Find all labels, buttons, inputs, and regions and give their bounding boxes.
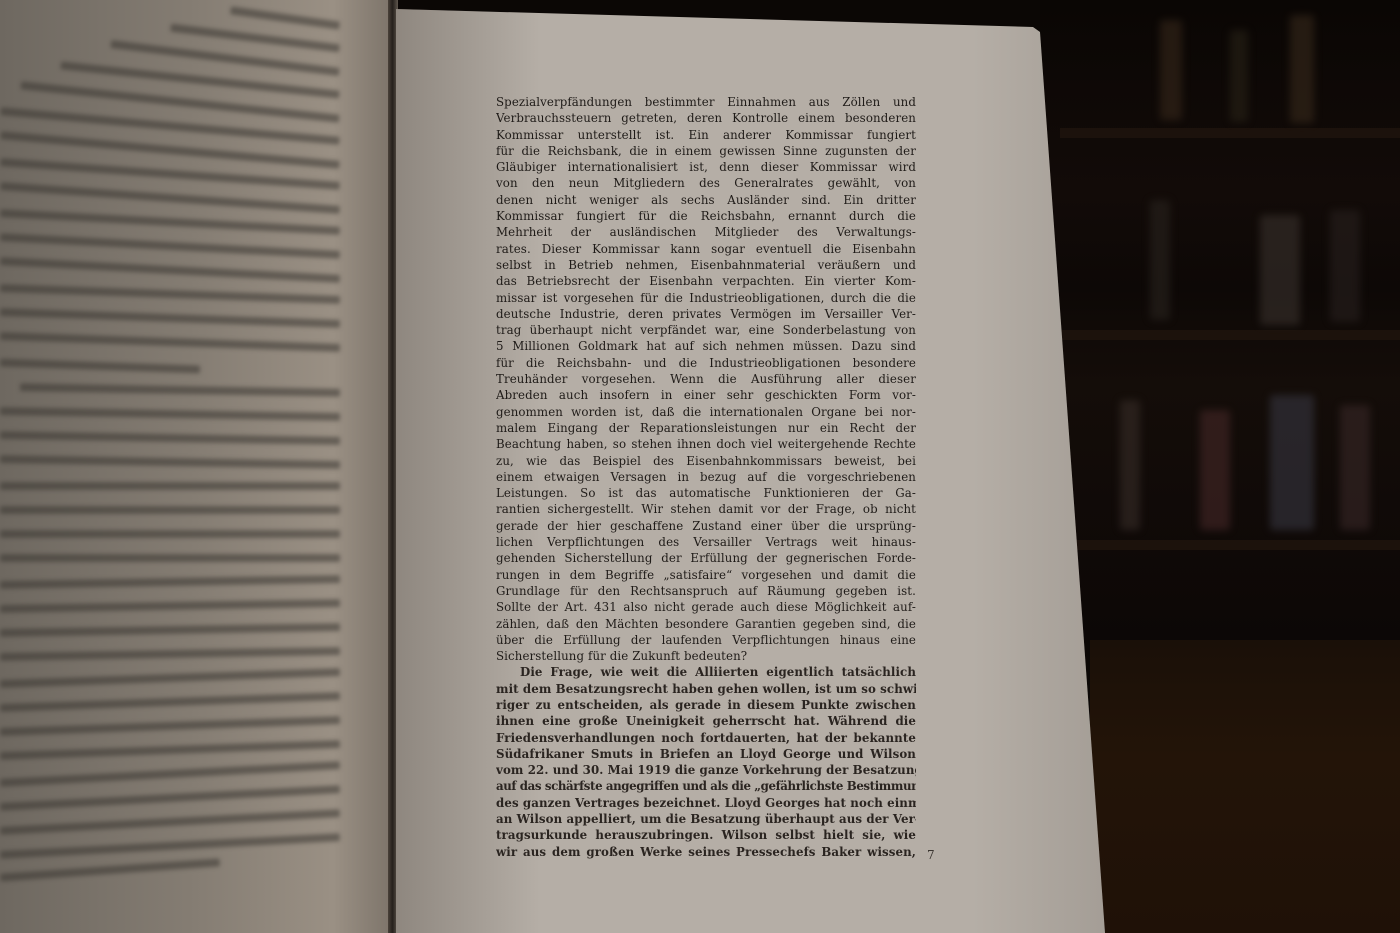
book-spine	[1200, 410, 1230, 530]
text-line: zählen, daß den Mächten besondere Garant…	[496, 616, 916, 632]
text-line: Mehrheit der ausländischen Mitglieder de…	[496, 224, 916, 240]
text-line: Gläubiger internationalisiert ist, denn …	[496, 159, 916, 175]
text-line: Kommissar fungiert für die Reichsbahn, e…	[496, 208, 916, 224]
book-spine	[1330, 210, 1360, 322]
text-line: zu, wie das Beispiel des Eisenbahnkommis…	[496, 453, 916, 469]
text-line: deutsche Industrie, deren privates Vermö…	[496, 306, 916, 322]
text-line: rates. Dieser Kommissar kann sogar event…	[496, 241, 916, 257]
page-body-text: Spezialverpfändungen bestimmter Einnahme…	[496, 94, 916, 860]
text-line: tragsurkunde herauszubringen. Wilson sel…	[496, 827, 916, 843]
text-line: riger zu entscheiden, als gerade in dies…	[496, 697, 916, 713]
text-line: ihnen eine große Uneinigkeit geherrscht …	[496, 713, 916, 729]
text-line: gehenden Sicherstellung der Erfüllung de…	[496, 550, 916, 566]
text-line: für die Reichsbank, die in einem gewisse…	[496, 143, 916, 159]
book-spine	[1160, 20, 1182, 120]
text-line: Leistungen. So ist das automatische Funk…	[496, 485, 916, 501]
shelf-board	[1060, 330, 1400, 340]
text-line: 5 Millionen Goldmark hat auf sich nehmen…	[496, 338, 916, 354]
book-spine	[1290, 15, 1314, 123]
text-line: vom 22. und 30. Mai 1919 die ganze Vorke…	[496, 762, 916, 778]
text-line: das Betriebsrecht der Eisenbahn verpacht…	[496, 273, 916, 289]
text-line: rantien sichergestellt. Wir stehen damit…	[496, 501, 916, 517]
left-page-blurred-text	[0, 0, 360, 933]
text-line: von den neun Mitgliedern des Generalrate…	[496, 175, 916, 191]
text-line: einem etwaigen Versagen in bezug auf die…	[496, 469, 916, 485]
text-line: mit dem Besatzungsrecht haben gehen woll…	[496, 681, 916, 697]
left-page	[0, 0, 392, 933]
text-line: Sollte der Art. 431 also nicht gerade au…	[496, 599, 916, 615]
text-line: denen nicht weniger als sechs Ausländer …	[496, 192, 916, 208]
text-line: Sicherstellung für die Zukunft bedeuten?	[496, 648, 916, 664]
text-line: trag überhaupt nicht verpfändet war, ein…	[496, 322, 916, 338]
shelf-board	[1060, 128, 1400, 138]
text-line: Treuhänder vorgesehen. Wenn die Ausführu…	[496, 371, 916, 387]
book-spine	[1260, 215, 1300, 325]
text-line: wir aus dem großen Werke seines Pressech…	[496, 844, 916, 860]
book-spine	[1120, 400, 1140, 530]
text-line: über die Erfüllung der laufenden Verpfli…	[496, 632, 916, 648]
paragraph-start-line: Die Frage, wie weit die Alliierten eigen…	[496, 664, 916, 680]
book-spine	[1230, 30, 1248, 122]
text-line: des ganzen Vertrages bezeichnet. Lloyd G…	[496, 795, 916, 811]
shelf-board	[1060, 540, 1400, 550]
page-number: 7	[927, 848, 935, 862]
text-line: Beachtung haben, so stehen ihnen doch vi…	[496, 436, 916, 452]
text-line: Friedensverhandlungen noch fortdauerten,…	[496, 730, 916, 746]
text-line: für die Reichsbahn- und die Industrieobl…	[496, 355, 916, 371]
text-line: rungen in dem Begriffe „satisfaire“ vorg…	[496, 567, 916, 583]
text-line: Spezialverpfändungen bestimmter Einnahme…	[496, 94, 916, 110]
text-line: an Wilson appelliert, um die Besatzung ü…	[496, 811, 916, 827]
text-line: lichen Verpflichtungen des Versailler Ve…	[496, 534, 916, 550]
text-line: genommen worden ist, daß die internation…	[496, 404, 916, 420]
text-line: missar ist vorgesehen für die Industrieo…	[496, 290, 916, 306]
book-spine	[1340, 405, 1370, 530]
book-spine	[1150, 200, 1170, 320]
book-spine	[1270, 395, 1314, 530]
text-line: Kommissar unterstellt ist. Ein anderer K…	[496, 127, 916, 143]
text-line: gerade der hier geschaffene Zustand eine…	[496, 518, 916, 534]
text-line: Abreden auch insofern in einer sehr gesc…	[496, 387, 916, 403]
text-line: malem Eingang der Reparationsleistungen …	[496, 420, 916, 436]
text-line: Verbrauchssteuern getreten, deren Kontro…	[496, 110, 916, 126]
text-line: auf das schärfste angegriffen und als di…	[496, 778, 916, 794]
text-line: selbst in Betrieb nehmen, Eisenbahnmater…	[496, 257, 916, 273]
text-line: Südafrikaner Smuts in Briefen an Lloyd G…	[496, 746, 916, 762]
background-table	[1090, 640, 1400, 933]
text-line: Grundlage für den Rechtsanspruch auf Räu…	[496, 583, 916, 599]
